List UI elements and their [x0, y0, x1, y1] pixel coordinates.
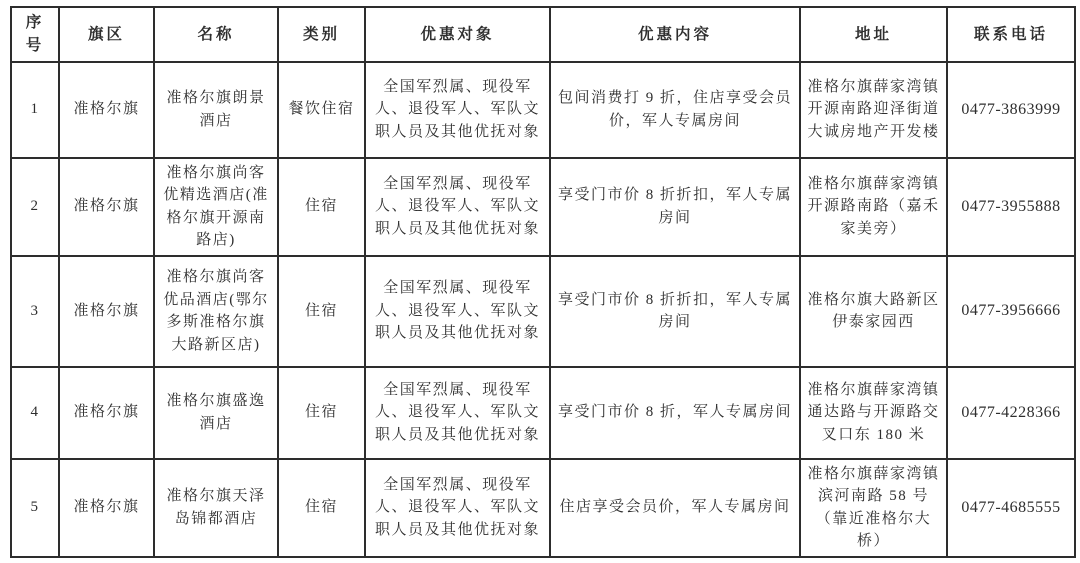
cell-target: 全国军烈属、现役军人、退役军人、军队文职人员及其他优抚对象 [365, 367, 550, 459]
column-header-category: 类别 [278, 7, 365, 62]
cell-address: 准格尔旗薛家湾镇开源南路迎泽街道大诚房地产开发楼 [800, 62, 947, 158]
cell-category: 住宿 [278, 256, 365, 367]
cell-name: 准格尔旗尚客优品酒店(鄂尔多斯准格尔旗大路新区店) [154, 256, 278, 367]
cell-address: 准格尔旗薛家湾镇通达路与开源路交叉口东 180 米 [800, 367, 947, 459]
cell-phone: 0477-3956666 [947, 256, 1075, 367]
column-header-district: 旗区 [59, 7, 154, 62]
cell-name: 准格尔旗天泽岛锦都酒店 [154, 459, 278, 557]
cell-index: 4 [11, 367, 59, 459]
cell-index: 3 [11, 256, 59, 367]
table-row: 1准格尔旗准格尔旗朗景酒店餐饮住宿全国军烈属、现役军人、退役军人、军队文职人员及… [11, 62, 1075, 158]
cell-target: 全国军烈属、现役军人、退役军人、军队文职人员及其他优抚对象 [365, 256, 550, 367]
cell-name: 准格尔旗尚客优精选酒店(准格尔旗开源南路店) [154, 158, 278, 256]
cell-index: 2 [11, 158, 59, 256]
cell-content: 享受门市价 8 折，军人专属房间 [550, 367, 800, 459]
cell-content: 住店享受会员价，军人专属房间 [550, 459, 800, 557]
cell-phone: 0477-3863999 [947, 62, 1075, 158]
cell-index: 5 [11, 459, 59, 557]
cell-target: 全国军烈属、现役军人、退役军人、军队文职人员及其他优抚对象 [365, 158, 550, 256]
cell-name: 准格尔旗盛逸酒店 [154, 367, 278, 459]
cell-content: 享受门市价 8 折折扣，军人专属房间 [550, 158, 800, 256]
table-row: 2准格尔旗准格尔旗尚客优精选酒店(准格尔旗开源南路店)住宿全国军烈属、现役军人、… [11, 158, 1075, 256]
table-header-row: 序号旗区名称类别优惠对象优惠内容地址联系电话 [11, 7, 1075, 62]
cell-phone: 0477-4685555 [947, 459, 1075, 557]
cell-phone: 0477-3955888 [947, 158, 1075, 256]
military-discount-merchant-table-page: 序号旗区名称类别优惠对象优惠内容地址联系电话 1准格尔旗准格尔旗朗景酒店餐饮住宿… [0, 0, 1080, 563]
cell-target: 全国军烈属、现役军人、退役军人、军队文职人员及其他优抚对象 [365, 459, 550, 557]
table-row: 5准格尔旗准格尔旗天泽岛锦都酒店住宿全国军烈属、现役军人、退役军人、军队文职人员… [11, 459, 1075, 557]
column-header-phone: 联系电话 [947, 7, 1075, 62]
table-row: 4准格尔旗准格尔旗盛逸酒店住宿全国军烈属、现役军人、退役军人、军队文职人员及其他… [11, 367, 1075, 459]
cell-target: 全国军烈属、现役军人、退役军人、军队文职人员及其他优抚对象 [365, 62, 550, 158]
cell-content: 享受门市价 8 折折扣，军人专属房间 [550, 256, 800, 367]
column-header-target: 优惠对象 [365, 7, 550, 62]
column-header-index: 序号 [11, 7, 59, 62]
cell-category: 餐饮住宿 [278, 62, 365, 158]
table-row: 3准格尔旗准格尔旗尚客优品酒店(鄂尔多斯准格尔旗大路新区店)住宿全国军烈属、现役… [11, 256, 1075, 367]
column-header-content: 优惠内容 [550, 7, 800, 62]
cell-district: 准格尔旗 [59, 367, 154, 459]
cell-district: 准格尔旗 [59, 62, 154, 158]
cell-address: 准格尔旗薛家湾镇滨河南路 58 号（靠近准格尔大桥） [800, 459, 947, 557]
table-body: 1准格尔旗准格尔旗朗景酒店餐饮住宿全国军烈属、现役军人、退役军人、军队文职人员及… [11, 62, 1075, 557]
cell-address: 准格尔旗大路新区伊泰家园西 [800, 256, 947, 367]
cell-name: 准格尔旗朗景酒店 [154, 62, 278, 158]
cell-category: 住宿 [278, 367, 365, 459]
cell-address: 准格尔旗薛家湾镇开源路南路（嘉禾家美旁） [800, 158, 947, 256]
column-header-address: 地址 [800, 7, 947, 62]
cell-category: 住宿 [278, 158, 365, 256]
cell-district: 准格尔旗 [59, 459, 154, 557]
discount-merchant-table: 序号旗区名称类别优惠对象优惠内容地址联系电话 1准格尔旗准格尔旗朗景酒店餐饮住宿… [10, 6, 1076, 558]
cell-content: 包间消费打 9 折，住店享受会员价，军人专属房间 [550, 62, 800, 158]
table-header: 序号旗区名称类别优惠对象优惠内容地址联系电话 [11, 7, 1075, 62]
column-header-name: 名称 [154, 7, 278, 62]
cell-district: 准格尔旗 [59, 158, 154, 256]
cell-phone: 0477-4228366 [947, 367, 1075, 459]
cell-category: 住宿 [278, 459, 365, 557]
cell-district: 准格尔旗 [59, 256, 154, 367]
cell-index: 1 [11, 62, 59, 158]
